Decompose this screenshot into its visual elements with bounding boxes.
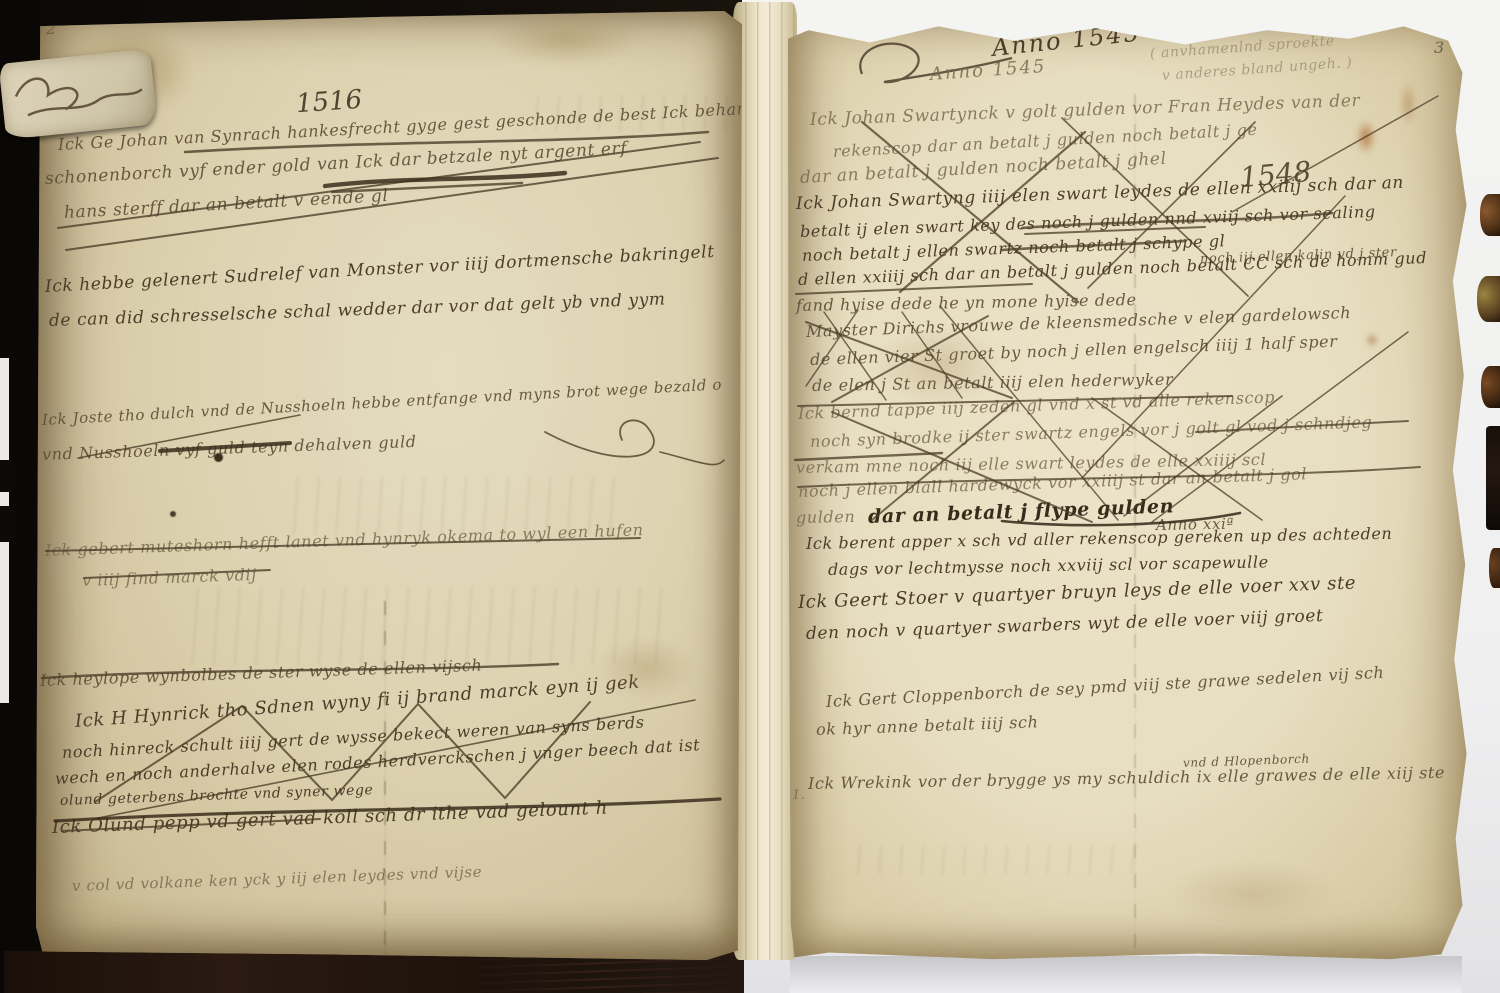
entry-line: Ick berent apper x sch vd aller rekensco… xyxy=(806,524,1393,553)
page-shadow xyxy=(790,956,1462,993)
left-page: 2 1516 Ick Ge Johan van Synrach hankesfr… xyxy=(36,11,742,960)
rust-stain xyxy=(1366,334,1378,346)
ink-dot xyxy=(170,511,176,517)
book-clasp xyxy=(1477,276,1500,322)
ink-bleed-ghost xyxy=(186,587,666,665)
book-clasp xyxy=(1480,194,1500,236)
ink-bleed-ghost xyxy=(286,477,616,535)
right-page: 3 Anno 1545 Anno 1545 ( anvhamenlnd spro… xyxy=(788,16,1472,962)
paper-crease xyxy=(1134,94,1136,962)
entry-line: olund geterbens brochte vnd syner wege xyxy=(60,782,374,809)
clasp-strap xyxy=(1486,426,1500,530)
entry-line: v col vd volkane ken yck y iij elen leyd… xyxy=(72,863,483,895)
entry-line: Ick Joste tho dulch vnd de Nusshoeln heb… xyxy=(42,375,723,429)
entry-line: dags vor lechtmysse noch xxviij scl vor … xyxy=(828,552,1269,579)
entry-line: vnd Nusshoeln vyf guld teyn dehalven gul… xyxy=(42,432,417,464)
ink-bleed-ghost xyxy=(848,846,1148,874)
paper-stain xyxy=(874,326,1004,406)
rust-stain xyxy=(1400,82,1416,126)
entry-line: Ick hebbe gelenert Sudrelef van Monster … xyxy=(44,242,715,297)
year-heading-left: 1516 xyxy=(295,85,363,120)
entry-line: Ick Wrekink vor der brygge ys my schuldi… xyxy=(808,763,1445,793)
entry-line: Ick Gert Cloppenborch de sey pmd viij st… xyxy=(826,663,1385,711)
manuscript-photo: 2 1516 Ick Ge Johan van Synrach hankesfr… xyxy=(0,0,1500,993)
entry-line: hans sterff dar an betalt v eende gl xyxy=(63,186,388,223)
book-gutter xyxy=(733,2,797,960)
paper-stain xyxy=(491,13,641,65)
binding-stub xyxy=(0,506,15,542)
binding-stub xyxy=(0,460,15,492)
book-clasp xyxy=(1489,548,1500,588)
entry-line: de can did schresselsche schal wedder da… xyxy=(49,289,666,331)
ink-bleed-ghost xyxy=(526,95,736,131)
rust-stain xyxy=(1356,120,1376,154)
page-number-right: 3 xyxy=(1434,38,1444,57)
book-clasp xyxy=(1481,366,1500,408)
payment-note: dar an betalt j flype gulden xyxy=(868,495,1175,528)
entry-line: den noch v quartyer swarbers wyt de elle… xyxy=(806,606,1324,644)
paper-stain xyxy=(1168,862,1338,926)
parchment-tab xyxy=(0,48,158,139)
entry-line: ok hyr anne betalt iiij sch xyxy=(816,712,1039,739)
margin-number: 1. xyxy=(792,788,806,803)
entry-line: gulden xyxy=(796,507,856,527)
ink-dot xyxy=(214,453,223,462)
tab-scribble xyxy=(0,48,158,139)
